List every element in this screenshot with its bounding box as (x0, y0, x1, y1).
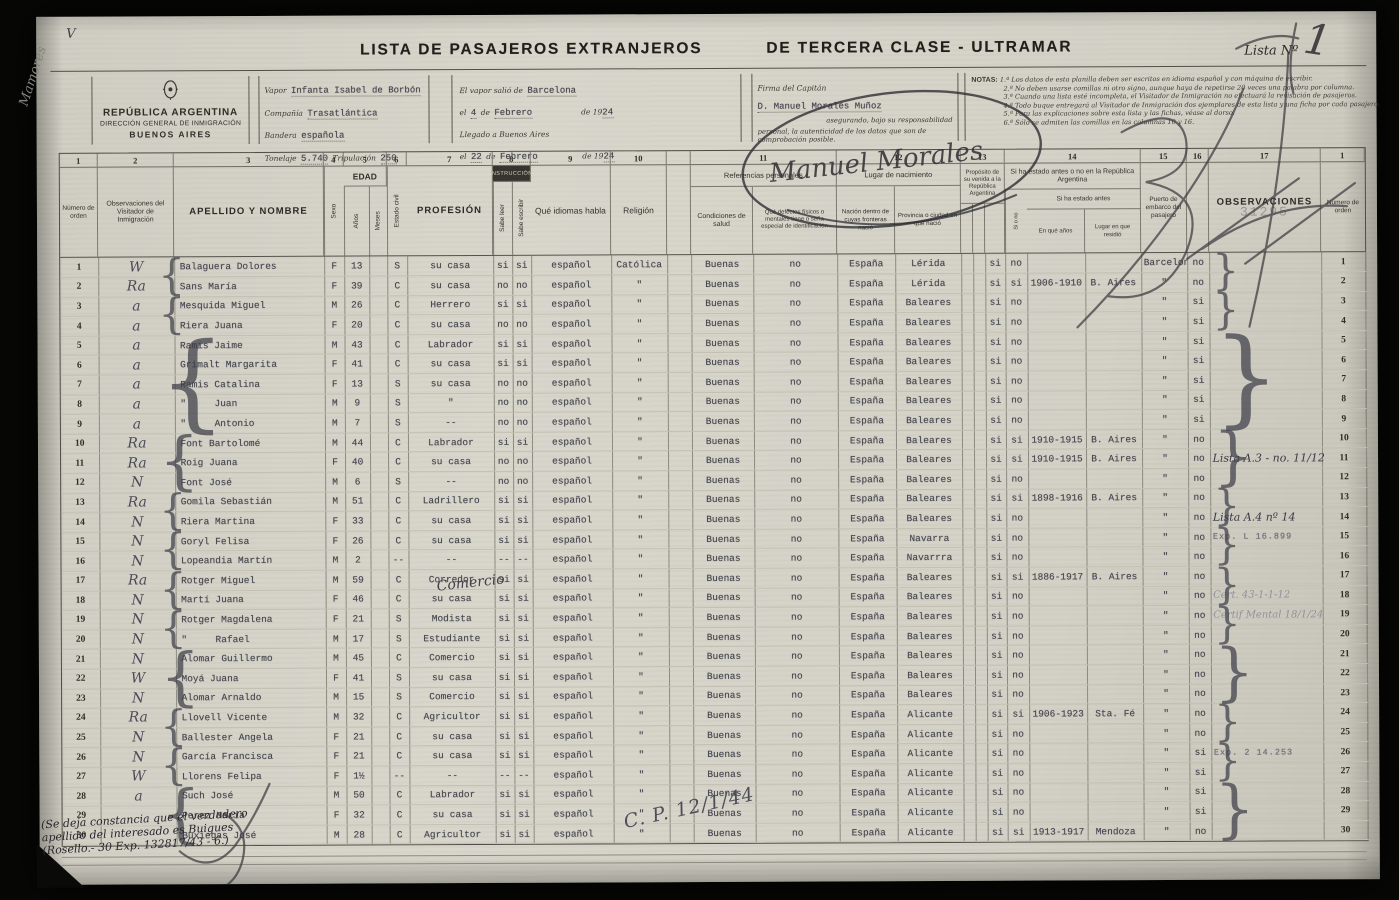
cell-profesion: su casa (409, 667, 495, 687)
cell-gap (667, 275, 691, 295)
header-edad: EDAD (344, 166, 387, 186)
cell-order: 24 (62, 708, 100, 728)
header-nacion: Nación dentro de cuyas fronteras nació (837, 186, 895, 253)
cell-idiomas: español (533, 726, 613, 746)
cell-lee: si (496, 804, 515, 824)
cell-proposito: si (987, 646, 1007, 666)
header-estado-antes: Si ha estado antes o no en la República … (1005, 163, 1141, 190)
cell-col16: no (1189, 625, 1211, 645)
cell-proposito-sub2 (974, 352, 986, 372)
cell-name: Alomar Arnaldo (176, 688, 326, 708)
cell-proposito: si (986, 391, 1006, 411)
cell-idiomas: español (533, 628, 613, 648)
vapor-label: Vapor (264, 86, 286, 95)
cell-proposito: si (985, 312, 1005, 332)
cell-anios-antes: 1906-1910 (1027, 273, 1085, 293)
cell-sexo: F (325, 374, 345, 394)
cell-name: Mesquida Miguel (174, 296, 324, 316)
cell-estado: S (389, 629, 409, 649)
cell-anios-antes (1027, 332, 1085, 352)
header-provincia: Provincia o ciudad en que nació (895, 186, 961, 253)
cell-anos: 21 (346, 609, 371, 629)
cell-name: " Antonio (175, 413, 325, 433)
cell-sexo: M (326, 629, 346, 649)
cell-provincia: Alicante (897, 744, 963, 764)
cell-anios-antes (1030, 802, 1088, 822)
visitor-mark: a (99, 375, 175, 395)
cell-provincia: Baleares (897, 626, 963, 646)
cell-lugar-antes (1087, 763, 1143, 783)
header-observaciones-visitador: Observaciones del Visitador de Inmigraci… (98, 167, 174, 256)
footer-rule (62, 851, 1367, 858)
cell-salud: Buenas (693, 784, 755, 804)
cell-anios-antes (1028, 508, 1086, 528)
cell-escribe: si (514, 785, 533, 805)
cell-order: 23 (62, 689, 100, 709)
cell-name: Such José (176, 786, 326, 806)
cell-meses (369, 315, 387, 335)
cell-estuvo-antes: no (1007, 626, 1029, 646)
cell-col16: no (1189, 703, 1211, 723)
cell-profesion: -- (408, 471, 494, 491)
cell-observaciones (1210, 487, 1322, 507)
cell-escribe: no (513, 452, 532, 472)
cell-order: 2 (60, 277, 98, 297)
visitor-mark: N (100, 610, 176, 630)
bandera-value: española (301, 131, 344, 142)
col-number: 10 (611, 151, 667, 164)
visitor-mark: W (100, 669, 176, 689)
cell-provincia: Baleares (896, 489, 962, 509)
cell-gap (668, 333, 692, 353)
cell-provincia: Baleares (897, 665, 963, 685)
cell-estado: C (388, 335, 408, 355)
cell-order-right: 28 (1323, 781, 1367, 801)
cell-provincia: Navarrra (896, 548, 962, 568)
cell-estuvo-antes: no (1007, 783, 1029, 803)
cell-gap (669, 569, 693, 589)
cell-puerto: " (1143, 743, 1189, 763)
cell-lugar-antes: B. Aires (1085, 273, 1141, 293)
cell-provincia: Baleares (896, 509, 962, 529)
cell-observaciones: Certif Mental 18/1/24 (1211, 605, 1323, 625)
cell-proposito-sub2 (974, 509, 986, 529)
cell-estuvo-antes: no (1005, 254, 1027, 274)
cell-religion: " (613, 725, 669, 745)
cell-provincia: Alicante (898, 822, 964, 842)
cell-anios-antes (1027, 312, 1085, 332)
cell-estado: C (389, 727, 409, 747)
cell-observaciones (1211, 683, 1323, 703)
header-lugar-residio: Lugar en que residió (1085, 209, 1141, 252)
cell-idiomas: español (531, 295, 611, 315)
cell-proposito-sub1 (962, 411, 974, 431)
cell-order: 6 (61, 356, 99, 376)
cell-escribe: no (513, 373, 532, 393)
cell-observaciones: Lista A.4 nº 14 (1210, 507, 1322, 527)
cell-proposito-sub2 (975, 704, 987, 724)
cell-nacion: España (839, 724, 897, 744)
cell-observaciones (1211, 703, 1323, 723)
cell-defectos: no (753, 313, 837, 333)
cell-defectos: no (754, 411, 838, 431)
cell-anos: 26 (345, 531, 370, 551)
cell-escribe: si (513, 491, 532, 511)
cell-estado: C (387, 315, 407, 335)
cell-lee: si (493, 295, 512, 315)
cell-anos: 50 (346, 786, 371, 806)
cell-idiomas: español (533, 647, 613, 667)
cell-gap (670, 804, 694, 824)
cell-escribe: si (513, 530, 532, 550)
cell-order-right: 14 (1322, 507, 1366, 527)
cell-religion: " (613, 765, 669, 785)
cell-gap (669, 686, 693, 706)
cell-lugar-antes (1086, 508, 1142, 528)
cell-profesion: su casa (408, 354, 494, 374)
cell-lee: si (495, 609, 514, 629)
cell-sexo: M (326, 648, 346, 668)
cell-order-right: 22 (1323, 664, 1367, 684)
cell-escribe: si (514, 667, 533, 687)
cell-lee: si (494, 354, 513, 374)
cell-profesion: su casa (409, 726, 495, 746)
cell-defectos: no (754, 490, 838, 510)
cell-religion: " (612, 510, 668, 530)
cell-estuvo-antes: no (1005, 312, 1027, 332)
cell-meses (370, 394, 388, 414)
cell-proposito-sub1 (963, 646, 975, 666)
cell-col16: si (1189, 743, 1211, 763)
cell-nacion: España (839, 705, 897, 725)
cell-order: 10 (61, 434, 99, 454)
agency-city: BUENOS AIRES (93, 129, 249, 140)
cell-estado: C (388, 531, 408, 551)
col-number (667, 151, 691, 164)
cell-meses (371, 766, 389, 786)
cell-observaciones: Cert. 43-1-1-12 (1211, 585, 1323, 605)
cell-anios-antes (1029, 743, 1087, 763)
departure-year: 24 (602, 107, 613, 118)
cell-provincia: Baleares (896, 469, 962, 489)
cell-order-right: 10 (1322, 428, 1366, 448)
cell-salud: Buenas (692, 412, 754, 432)
cell-sexo: F (326, 668, 346, 688)
cell-proposito-sub2 (975, 567, 987, 587)
cell-puerto: " (1142, 390, 1188, 410)
cell-profesion: Estudiante (409, 628, 495, 648)
visitor-mark: N (100, 630, 176, 650)
cell-puerto: " (1142, 488, 1188, 508)
cell-sexo: M (325, 492, 345, 512)
cell-profesion: su casa (409, 589, 495, 609)
cell-religion: " (613, 588, 669, 608)
cell-name: Martí Juana (176, 590, 326, 610)
cell-gap (669, 765, 693, 785)
cell-col16: no (1189, 566, 1211, 586)
cell-defectos: no (755, 744, 839, 764)
cell-meses (371, 648, 389, 668)
cell-salud: Buenas (693, 666, 755, 686)
cell-religion: " (612, 549, 668, 569)
cell-anios-antes: 1898-1916 (1028, 488, 1086, 508)
cell-provincia: Baleares (896, 352, 962, 372)
cell-lugar-antes: B. Aires (1086, 449, 1142, 469)
cell-provincia: Alicante (898, 803, 964, 823)
cell-proposito-sub1 (961, 273, 973, 293)
cell-sexo: F (326, 727, 346, 747)
cell-estado: C (389, 707, 409, 727)
cell-idiomas: español (532, 491, 612, 511)
cell-col16: no (1188, 508, 1210, 528)
cell-provincia: Baleares (897, 646, 963, 666)
cell-anos: 41 (346, 668, 371, 688)
visitor-mark: a (99, 414, 175, 434)
cell-proposito: si (988, 802, 1008, 822)
cell-defectos: no (753, 333, 837, 353)
cell-religion: " (612, 451, 668, 471)
cell-lugar-antes (1086, 410, 1142, 430)
cell-observaciones (1211, 723, 1323, 743)
cell-escribe: si (513, 510, 532, 530)
cell-nacion: España (839, 744, 897, 764)
coat-of-arms-icon (162, 80, 178, 105)
cell-escribe: si (514, 608, 533, 628)
cell-gap (668, 431, 692, 451)
cell-lee: no (494, 373, 513, 393)
cell-name: Font Bartolomé (175, 433, 325, 453)
cell-observaciones (1210, 546, 1322, 566)
cell-meses (370, 335, 388, 355)
title-right: DE TERCERA CLASE - ULTRAMAR (766, 38, 1072, 57)
cell-defectos: no (753, 274, 837, 294)
cell-observaciones (1210, 370, 1322, 390)
cell-idiomas: español (533, 608, 613, 628)
cell-religion: " (612, 471, 668, 491)
cell-nacion: España (837, 313, 895, 333)
cell-proposito-sub2 (974, 391, 986, 411)
cell-anos: 17 (346, 629, 371, 649)
cell-anos: 41 (345, 354, 370, 374)
cell-estado: S (388, 374, 408, 394)
cell-escribe: no (513, 413, 532, 433)
cell-puerto: " (1143, 704, 1189, 724)
note-6: 6.ª Sólo se admiten las comillas en las … (972, 117, 1354, 127)
cell-puerto: " (1143, 566, 1189, 586)
cell-lugar-antes (1086, 527, 1142, 547)
cell-proposito: si (987, 724, 1007, 744)
cell-name: Rotger Magdalena (176, 609, 326, 629)
cell-proposito-sub2 (975, 646, 987, 666)
cell-sexo: F (326, 766, 346, 786)
cell-order-right: 1 (1321, 252, 1365, 272)
visitor-mark: Ra (100, 571, 176, 591)
cell-lee: no (494, 471, 513, 491)
cell-provincia: Baleares (896, 391, 962, 411)
cell-religion: " (613, 608, 669, 628)
header-hotel-inmigrantes (1187, 163, 1209, 252)
cell-col16: si (1188, 410, 1210, 430)
header-puerto: Puerto de embarco del pasajero (1141, 163, 1187, 252)
cell-order: 5 (61, 336, 99, 356)
cell-sexo: F (325, 355, 345, 375)
cell-lugar-antes (1087, 586, 1143, 606)
cell-order: 3 (60, 297, 98, 317)
cell-puerto: " (1142, 429, 1188, 449)
cell-salud: Buenas (693, 647, 755, 667)
cell-proposito: si (988, 822, 1008, 842)
cell-anios-antes (1028, 391, 1086, 411)
cell-sexo: M (325, 472, 345, 492)
cell-idiomas: español (532, 334, 612, 354)
cell-sexo: F (326, 590, 346, 610)
cell-anios-antes (1029, 782, 1087, 802)
cell-idiomas: español (533, 667, 613, 687)
cell-observaciones (1209, 311, 1321, 331)
cell-sexo: M (325, 413, 345, 433)
notes-box: NOTAS: 1.ª Los datos de esta planilla de… (964, 71, 1357, 141)
cell-idiomas: español (533, 569, 613, 589)
cell-sexo: M (326, 707, 346, 727)
visitor-mark: a (99, 355, 175, 375)
cell-proposito-sub1 (961, 313, 973, 333)
cell-meses (371, 589, 389, 609)
cell-religion: " (612, 490, 668, 510)
col-number: 12 (837, 150, 961, 164)
cell-lugar-antes: B. Aires (1086, 488, 1142, 508)
cell-sexo: F (326, 746, 346, 766)
cell-proposito-sub1 (963, 724, 975, 744)
cell-puerto: " (1142, 547, 1188, 567)
col-number: 11 (691, 150, 837, 164)
cell-order-right: 12 (1322, 468, 1366, 488)
cell-gap (669, 706, 693, 726)
cell-escribe: si (514, 706, 533, 726)
cell-lugar-antes (1086, 390, 1142, 410)
cell-escribe: si (515, 804, 534, 824)
cell-order: 1 (60, 258, 98, 278)
cell-nacion: España (838, 470, 896, 490)
agency-country: REPÚBLICA ARGENTINA (93, 107, 249, 119)
cell-proposito: si (986, 450, 1006, 470)
cell-anios-antes: 1910-1915 (1028, 430, 1086, 450)
cell-order-right: 8 (1322, 389, 1366, 409)
vapor-value: Infanta Isabel de Borbón (291, 85, 421, 97)
cell-estuvo-antes: si (1006, 430, 1028, 450)
cell-name: Llovell Vicente (176, 707, 326, 727)
cell-anios-antes (1028, 371, 1086, 391)
header-sexo: Sexo (324, 167, 344, 256)
cell-col16: no (1189, 645, 1211, 665)
cell-nacion: España (838, 411, 896, 431)
cell-estuvo-antes: no (1005, 293, 1027, 313)
visitor-mark: N (100, 728, 176, 748)
cell-meses (371, 785, 389, 805)
header-salud: Condiciones de salud (691, 187, 753, 254)
cell-profesion: Labrador (409, 785, 495, 805)
cell-order: 11 (61, 454, 99, 474)
cell-sexo: F (326, 609, 346, 629)
cell-proposito-sub1 (962, 489, 974, 509)
cell-religion: " (612, 334, 668, 354)
cell-defectos: no (755, 725, 839, 745)
cell-anios-antes (1029, 626, 1087, 646)
cell-estado: C (387, 276, 407, 296)
cell-order-right: 27 (1323, 762, 1367, 782)
cell-order-right: 3 (1321, 291, 1365, 311)
cell-puerto: " (1143, 684, 1189, 704)
cell-salud: Buenas (692, 353, 754, 373)
cell-proposito-sub2 (974, 430, 986, 450)
header-meses: Meses (369, 186, 387, 255)
cell-religion: " (612, 432, 668, 452)
cell-name: Roig Juana (175, 453, 325, 473)
visitor-mark: Ra (99, 434, 175, 454)
cell-proposito: si (986, 371, 1006, 391)
cell-escribe: si (513, 354, 532, 374)
cell-gap (669, 725, 693, 745)
cell-order-right: 9 (1322, 409, 1366, 429)
cell-lee: si (495, 569, 514, 589)
cell-col16: no (1187, 272, 1209, 292)
cell-provincia: Baleares (897, 567, 963, 587)
cell-order: 25 (62, 728, 100, 748)
cell-religion: " (613, 667, 669, 687)
cell-meses (370, 374, 388, 394)
col-number: 15 (1141, 149, 1187, 162)
cell-gap (669, 667, 693, 687)
cell-proposito: si (987, 567, 1007, 587)
cell-proposito-sub1 (963, 763, 975, 783)
cell-religion: " (612, 392, 668, 412)
cell-salud: Buenas (694, 823, 756, 843)
cell-proposito-sub2 (975, 744, 987, 764)
cell-provincia: Navarra (896, 528, 962, 548)
cell-provincia: Baleares (895, 313, 961, 333)
ship-info-box: Vapor Infanta Isabel de Borbón Compañía … (258, 75, 429, 144)
cell-provincia: Lérida (895, 273, 961, 293)
header-observaciones: OBSERVACIONES 31295 (1209, 162, 1321, 251)
cell-order: 27 (62, 767, 100, 787)
cell-meses (371, 668, 389, 688)
cell-anios-antes: 1886-1917 (1029, 567, 1087, 587)
cell-col16: no (1188, 488, 1210, 508)
cell-order-right: 15 (1322, 526, 1366, 546)
cell-salud: Buenas (693, 686, 755, 706)
cell-defectos: no (754, 372, 838, 392)
scanned-document-photo: { "page": { "title_left": "LISTA DE PASA… (0, 0, 1399, 900)
cell-order: 7 (61, 375, 99, 395)
cell-puerto: " (1141, 292, 1187, 312)
cell-proposito: si (986, 469, 1006, 489)
cell-escribe: si (513, 334, 532, 354)
cell-idiomas: español (532, 412, 612, 432)
cell-proposito-sub2 (975, 626, 987, 646)
cell-estado: S (388, 393, 408, 413)
cell-provincia: Baleares (895, 332, 961, 352)
cell-salud: Buenas (693, 607, 755, 627)
cell-profesion: Agricultor (410, 824, 496, 844)
cell-profesion: Agricultor (409, 707, 495, 727)
cell-anos: 1½ (346, 766, 371, 786)
cell-order-right: 25 (1323, 722, 1367, 742)
cell-defectos: no (755, 646, 839, 666)
cell-proposito-sub2 (975, 665, 987, 685)
cell-idiomas: español (533, 589, 613, 609)
cell-lugar-antes (1087, 625, 1143, 645)
cell-defectos: no (755, 764, 839, 784)
salio-label: El vapor salió de (459, 86, 523, 95)
